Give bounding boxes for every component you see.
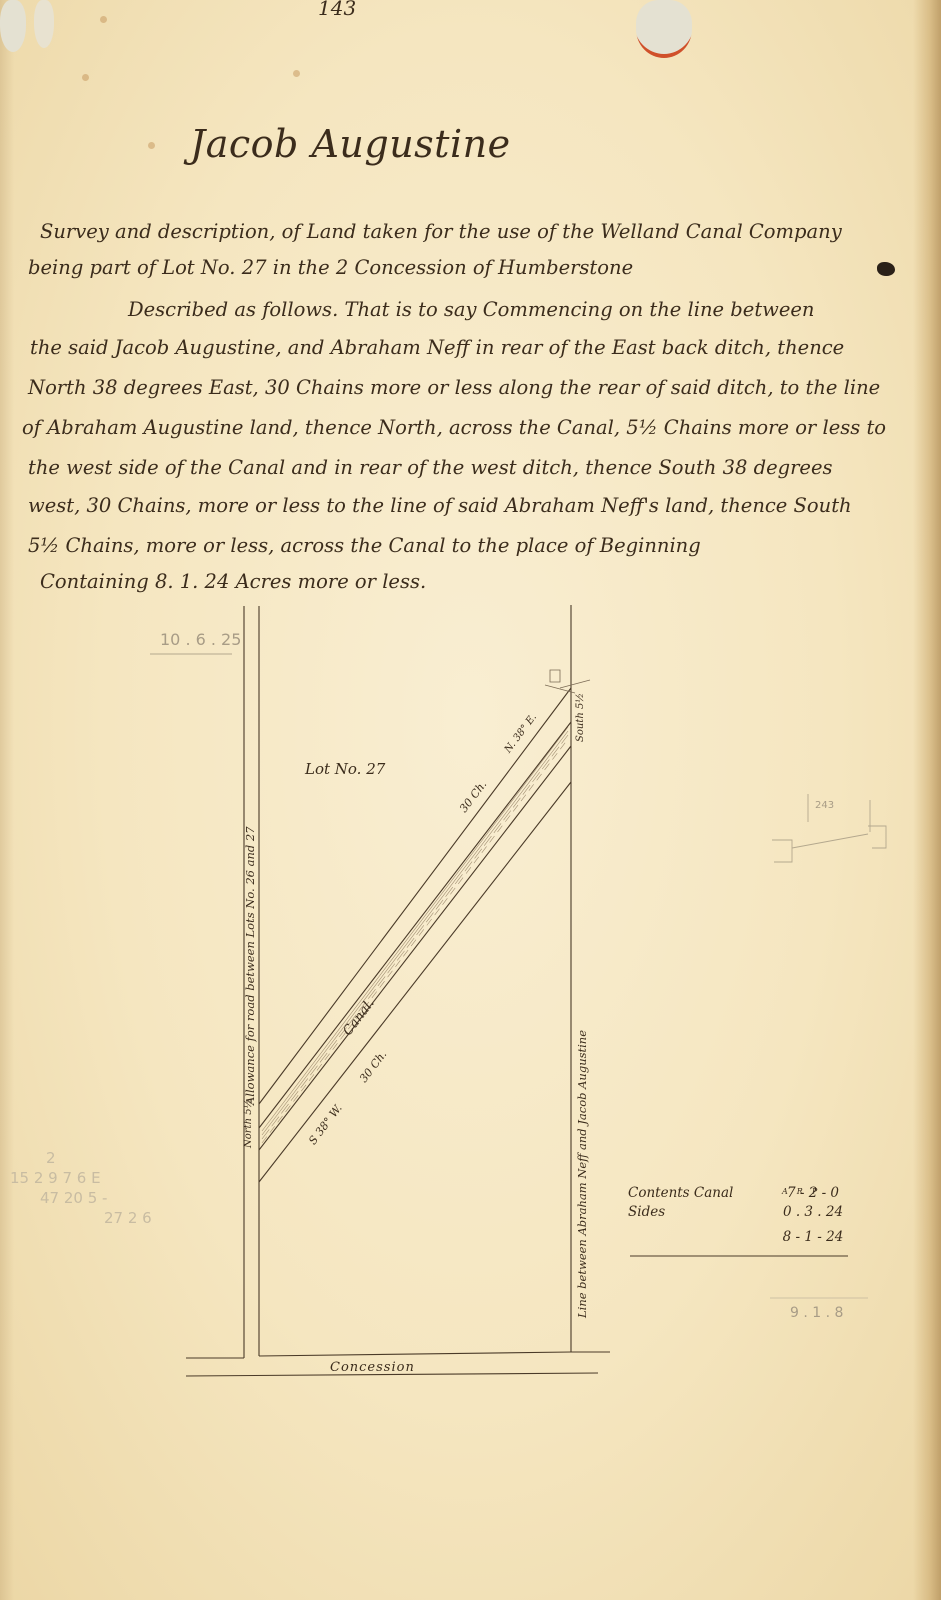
margin-note-line: 2 [0, 1148, 152, 1168]
boundary-line-label: Line between Abraham Neff and Jacob Augu… [575, 1030, 589, 1318]
contents-table: Contents Canal 7 - 2 - 0 Sides 0 . 3 . 2… [628, 1185, 848, 1248]
margin-note-line: 27 2 6 [0, 1208, 152, 1228]
margin-note-line: 47 20 5 - [0, 1188, 152, 1208]
lot-label: Lot No. 27 [305, 760, 385, 778]
contents-row: Contents Canal 7 - 2 - 0 [628, 1185, 848, 1204]
contents-row-value: 0 . 3 . 24 [778, 1204, 848, 1220]
canal-water [262, 727, 568, 1143]
contents-row: Sides 0 . 3 . 24 [628, 1204, 848, 1223]
south-distance-label: South 5½ [575, 693, 586, 742]
contents-total: 8 - 1 - 24 [778, 1229, 848, 1245]
ledger-page: 143 Jacob Augustine Survey and descripti… [0, 0, 941, 1600]
north-ditch-line [259, 688, 571, 1104]
contents-row-value: 7 - 2 - 0 [778, 1185, 848, 1201]
pencil-total: 9 . 1 . 8 [790, 1305, 843, 1321]
contents-row-name: Contents Canal [628, 1185, 778, 1201]
road-allowance-label: Allowance for road between Lots No. 26 a… [243, 826, 257, 1105]
south-ditch-line [259, 782, 571, 1182]
margin-note-line: 15 2 9 7 6 E [0, 1168, 152, 1188]
margin-pencil-notes: 2 15 2 9 7 6 E 47 20 5 - 27 2 6 [0, 1148, 152, 1228]
contents-total-row: 8 - 1 - 24 [628, 1229, 848, 1248]
north-road-label: North 5½ [243, 1099, 254, 1148]
contents-row-name: Sides [628, 1204, 778, 1220]
pencil-note-right: 243 [815, 800, 834, 811]
pencil-note-top: 10 . 6 . 25 [160, 630, 241, 649]
concession-label: Concession [330, 1360, 415, 1375]
station-mark-ne [545, 670, 590, 693]
